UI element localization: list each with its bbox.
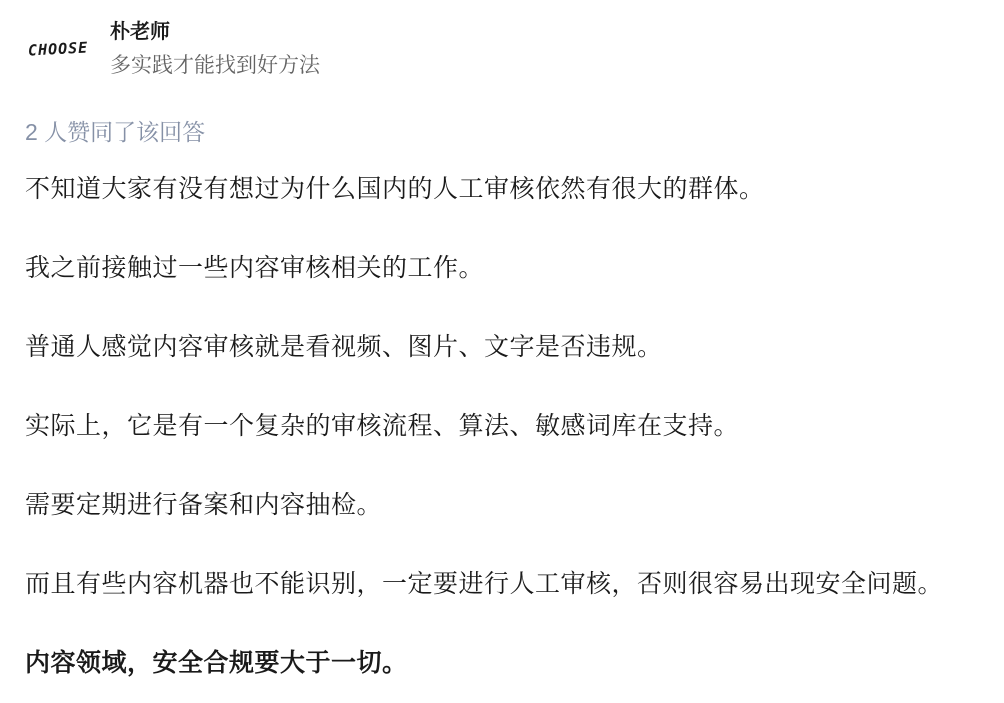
answer-body: 不知道大家有没有想过为什么国内的人工审核依然有很大的群体。 我之前接触过一些内容…: [25, 172, 980, 680]
answer-paragraph: 普通人感觉内容审核就是看视频、图片、文字是否违规。: [25, 330, 980, 364]
author-avatar[interactable]: CHOOSE: [22, 25, 94, 73]
author-headline: 多实践才能找到好方法: [110, 52, 320, 80]
avatar-choose-text: CHOOSE: [27, 38, 88, 59]
upvote-count-text: 2 人赞同了该回答: [25, 116, 1004, 148]
author-header: CHOOSE 朴老师 多实践才能找到好方法: [22, 18, 1004, 80]
author-name[interactable]: 朴老师: [110, 18, 320, 46]
answer-paragraph: 不知道大家有没有想过为什么国内的人工审核依然有很大的群体。: [25, 172, 980, 206]
answer-paragraph: 需要定期进行备案和内容抽检。: [25, 488, 980, 522]
author-info: 朴老师 多实践才能找到好方法: [110, 18, 320, 80]
answer-conclusion-paragraph: 内容领域，安全合规要大于一切。: [25, 646, 980, 680]
answer-card: CHOOSE 朴老师 多实践才能找到好方法 2 人赞同了该回答 不知道大家有没有…: [0, 0, 1004, 703]
answer-paragraph: 我之前接触过一些内容审核相关的工作。: [25, 251, 980, 285]
answer-paragraph: 而且有些内容机器也不能识别，一定要进行人工审核，否则很容易出现安全问题。: [25, 567, 980, 601]
answer-paragraph: 实际上，它是有一个复杂的审核流程、算法、敏感词库在支持。: [25, 409, 980, 443]
